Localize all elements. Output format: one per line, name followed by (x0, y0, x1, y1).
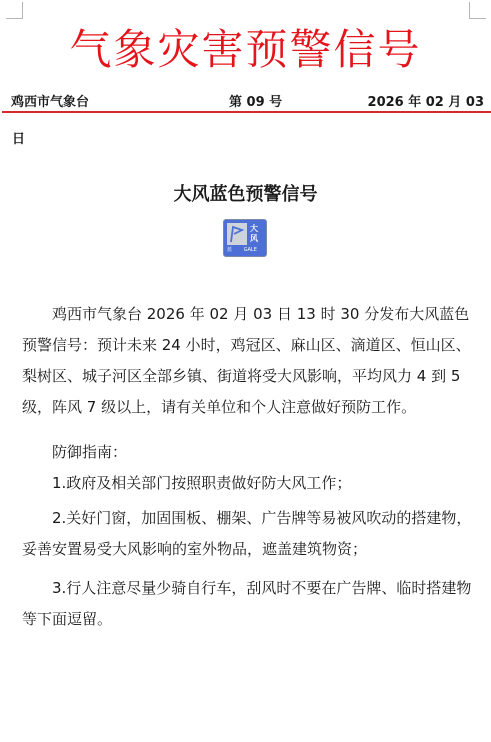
signal-level: 蓝 (227, 247, 232, 253)
signal-english: GALE (244, 247, 257, 253)
guide-item: 3.行人注意尽量少骑自行车，刮风时不要在广告牌、临时搭建物等下面逗留。 (22, 573, 472, 635)
gale-blue-signal-icon: 大 风 蓝 GALE (223, 219, 267, 257)
issue-date: 2026 年 02 月 03 (368, 91, 484, 110)
warning-body: 鸡西市气象台 2026 年 02 月 03 日 13 时 30 分发布大风蓝色预… (22, 299, 472, 423)
issuer: 鸡西市气象台 (11, 91, 89, 110)
signal-footer: 蓝 GALE (227, 247, 263, 254)
header-divider (2, 111, 491, 113)
issue-date-day: 日 (12, 128, 25, 147)
guide-item: 2.关好门窗，加固围板、棚架、广告牌等易被风吹动的搭建物，妥善安置易受大风影响的… (22, 503, 472, 565)
signal-label-top: 大 (250, 224, 258, 233)
issue-meta-row: 鸡西市气象台 第 09 号 2026 年 02 月 03 (11, 91, 484, 109)
page-corner-mark-right (469, 2, 486, 19)
guide-item: 1.政府及相关部门按照职责做好防大风工作； (22, 468, 472, 499)
page-corner-mark-left (6, 2, 23, 19)
flag-icon (227, 223, 247, 245)
document-title: 气象灾害预警信号 (0, 24, 491, 76)
issue-number: 第 09 号 (229, 91, 282, 110)
signal-label-bottom: 风 (250, 234, 258, 243)
guide-heading: 防御指南： (22, 437, 472, 468)
warning-title: 大风蓝色预警信号 (0, 180, 491, 206)
